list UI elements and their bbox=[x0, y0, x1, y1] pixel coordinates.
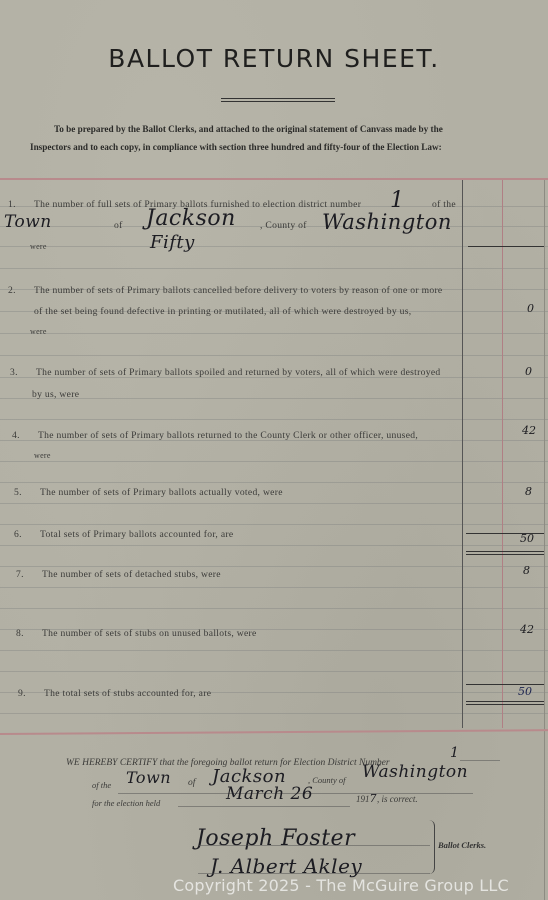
certify-county-name: Washington bbox=[362, 762, 468, 782]
amount-column-divider bbox=[462, 180, 463, 728]
clerk-signature-line-1 bbox=[198, 845, 430, 846]
item-1-of-the: of the bbox=[432, 199, 456, 210]
item-9-line-1: 9.The total sets of stubs accounted for,… bbox=[18, 688, 211, 699]
certify-town-type: Town bbox=[126, 768, 171, 787]
certify-date-underline bbox=[178, 806, 350, 807]
item-1-amount-line bbox=[468, 246, 544, 247]
top-red-rule bbox=[0, 178, 548, 180]
ballot-clerks-label: Ballot Clerks. bbox=[438, 840, 486, 850]
copyright-watermark: Copyright 2025 - The McGuire Group LLC bbox=[173, 876, 509, 895]
certify-of-the: of the bbox=[92, 780, 111, 790]
certify-district-number: 1 bbox=[450, 745, 459, 761]
clerk-signature-line-2 bbox=[198, 873, 430, 874]
ballot-return-sheet: BALLOT RETURN SHEET. To be prepared by t… bbox=[0, 0, 548, 900]
page-edge-line bbox=[544, 180, 545, 900]
item-1-town-type: Town bbox=[4, 212, 52, 232]
item-2-line-1: 2.The number of sets of Primary ballots … bbox=[8, 285, 443, 296]
title-rule-top bbox=[221, 98, 335, 99]
item-9-double-rule-bottom bbox=[466, 704, 544, 705]
item-7-amount: 8 bbox=[490, 564, 530, 577]
item-6-double-rule-top bbox=[466, 551, 544, 552]
item-3-line-1: 3.The number of sets of Primary ballots … bbox=[10, 367, 441, 378]
item-8-amount: 42 bbox=[494, 623, 534, 636]
certify-of: of bbox=[188, 778, 195, 788]
bottom-red-rule bbox=[0, 729, 548, 735]
item-9-double-rule-top bbox=[466, 701, 544, 702]
item-6-double-rule-bottom bbox=[466, 554, 544, 555]
item-5-line-1: 5.The number of sets of Primary ballots … bbox=[14, 487, 283, 498]
item-6-amount: 50 bbox=[494, 532, 534, 545]
intro-line-1: To be prepared by the Ballot Clerks, and… bbox=[30, 121, 526, 139]
item-3-line-2: by us, were bbox=[32, 389, 79, 400]
clerk-signature-1: Joseph Foster bbox=[196, 826, 355, 851]
certify-year: 1917, is correct. bbox=[356, 792, 418, 805]
intro-paragraph: To be prepared by the Ballot Clerks, and… bbox=[30, 121, 526, 156]
item-7-line-1: 7.The number of sets of detached stubs, … bbox=[16, 569, 221, 580]
item-1-amount-words: Fifty bbox=[150, 232, 195, 253]
item-1-county-label: , County of bbox=[260, 220, 307, 231]
item-1-of-label: of bbox=[114, 220, 123, 231]
intro-line-2: Inspectors and to each copy, in complian… bbox=[30, 139, 526, 157]
amount-red-divider bbox=[502, 180, 503, 728]
item-5-amount: 8 bbox=[492, 485, 532, 498]
document-title: BALLOT RETURN SHEET. bbox=[0, 44, 548, 73]
certify-county-label: , County of bbox=[308, 775, 346, 785]
certify-date: March 26 bbox=[226, 784, 313, 804]
certify-district-underline bbox=[460, 760, 500, 761]
item-2-line-3: were bbox=[30, 327, 47, 336]
title-rule-bottom bbox=[221, 101, 335, 102]
clerk-signature-2: J. Albert Akley bbox=[210, 854, 362, 878]
certify-election-held: for the election held bbox=[92, 798, 160, 808]
item-2-line-2: of the set being found defective in prin… bbox=[34, 306, 411, 317]
item-4-line-1: 4.The number of sets of Primary ballots … bbox=[12, 430, 418, 441]
item-9-amount: 50 bbox=[492, 685, 532, 698]
item-2-amount: 0 bbox=[494, 302, 534, 315]
item-1-town-name: Jackson bbox=[146, 206, 236, 231]
item-4-amount: 42 bbox=[496, 424, 536, 437]
clerks-brace bbox=[429, 820, 435, 874]
item-1-were: were bbox=[30, 242, 47, 251]
item-3-amount: 0 bbox=[492, 365, 532, 378]
item-6-line-1: 6.Total sets of Primary ballots accounte… bbox=[14, 529, 233, 540]
item-8-line-1: 8.The number of sets of stubs on unused … bbox=[16, 628, 257, 639]
item-1-county-name: Washington bbox=[322, 210, 452, 234]
item-4-line-2: were bbox=[34, 451, 51, 460]
